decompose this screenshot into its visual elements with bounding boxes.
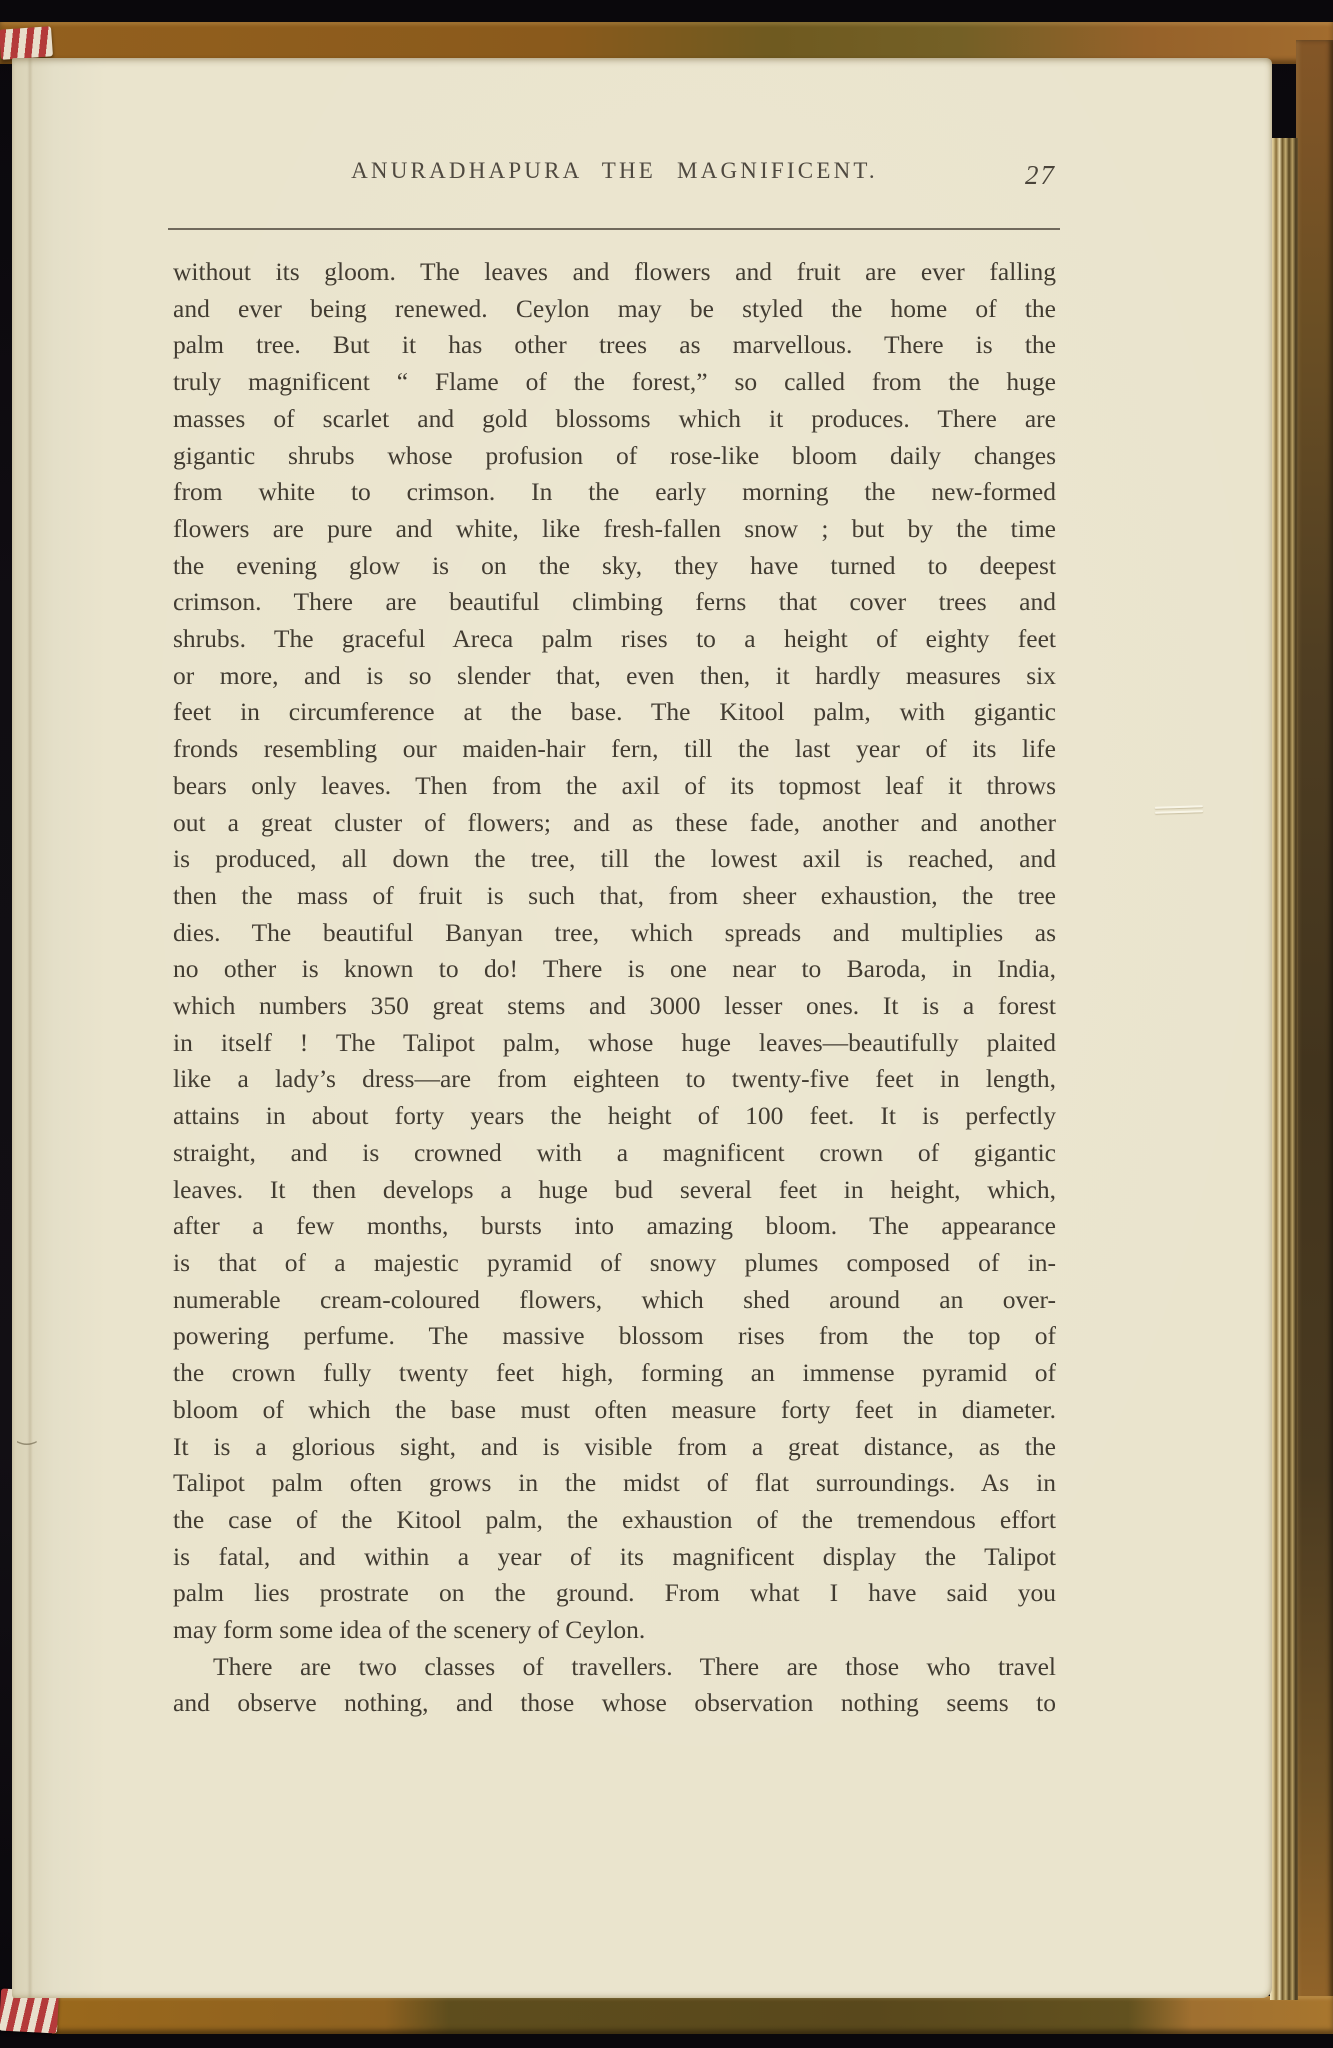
header-rule bbox=[168, 228, 1060, 230]
text-line: feet in circumference at the base. The K… bbox=[173, 694, 1056, 731]
book-photo-scene: ‿ ANURADHAPURA THE MAGNIFICENT. 27 witho… bbox=[0, 0, 1333, 2048]
text-line: There are two classes of travellers. The… bbox=[173, 1649, 1056, 1686]
text-line: then the mass of fruit is such that, fro… bbox=[173, 878, 1056, 915]
text-line: Talipot palm often grows in the midst of… bbox=[173, 1465, 1056, 1502]
text-line: numerable cream-coloured flowers, which … bbox=[173, 1282, 1056, 1319]
text-line: may form some idea of the scenery of Cey… bbox=[173, 1612, 1056, 1649]
text-line: out a great cluster of flowers; and as t… bbox=[173, 805, 1056, 842]
text-line: from white to crimson. In the early morn… bbox=[173, 474, 1056, 511]
margin-mark: ‿ bbox=[18, 1420, 36, 1446]
text-line: no other is known to do! There is one ne… bbox=[173, 951, 1056, 988]
text-line: after a few months, bursts into amazing … bbox=[173, 1208, 1056, 1245]
text-line: like a lady’s dress—are from eighteen to… bbox=[173, 1061, 1056, 1098]
text-line: fronds resembling our maiden-hair fern, … bbox=[173, 731, 1056, 768]
text-line: is fatal, and within a year of its magni… bbox=[173, 1539, 1056, 1576]
text-line: is that of a majestic pyramid of snowy p… bbox=[173, 1245, 1056, 1282]
text-line: bloom of which the base must often measu… bbox=[173, 1392, 1056, 1429]
text-line: the crown fully twenty feet high, formin… bbox=[173, 1355, 1056, 1392]
text-line: and ever being renewed. Ceylon may be st… bbox=[173, 291, 1056, 328]
text-line: the evening glow is on the sky, they hav… bbox=[173, 548, 1056, 585]
text-line: or more, and is so slender that, even th… bbox=[173, 658, 1056, 695]
text-line: gigantic shrubs whose profusion of rose-… bbox=[173, 438, 1056, 475]
text-line: dies. The beautiful Banyan tree, which s… bbox=[173, 915, 1056, 952]
text-line: It is a glorious sight, and is visible f… bbox=[173, 1429, 1056, 1466]
text-line: crimson. There are beautiful climbing fe… bbox=[173, 584, 1056, 621]
book-cover-right-edge bbox=[1296, 40, 1333, 2030]
fore-edge-page-stack bbox=[1270, 138, 1298, 2000]
text-line: powering perfume. The massive blossom ri… bbox=[173, 1318, 1056, 1355]
gutter-crease bbox=[29, 58, 31, 1998]
emboss-mark bbox=[1155, 805, 1203, 817]
book-cover-bottom-edge bbox=[52, 1996, 1333, 2034]
text-line: without its gloom. The leaves and flower… bbox=[173, 254, 1056, 291]
text-line: truly magnificent “ Flame of the forest,… bbox=[173, 364, 1056, 401]
text-line: masses of scarlet and gold blossoms whic… bbox=[173, 401, 1056, 438]
headband-top bbox=[0, 26, 53, 60]
text-line: attains in about forty years the height … bbox=[173, 1098, 1056, 1135]
body-text: without its gloom. The leaves and flower… bbox=[173, 254, 1056, 1722]
text-line: leaves. It then develops a huge bud seve… bbox=[173, 1172, 1056, 1209]
text-line: is produced, all down the tree, till the… bbox=[173, 841, 1056, 878]
text-line: shrubs. The graceful Areca palm rises to… bbox=[173, 621, 1056, 658]
text-line: in itself ! The Talipot palm, whose huge… bbox=[173, 1025, 1056, 1062]
text-line: straight, and is crowned with a magnific… bbox=[173, 1135, 1056, 1172]
text-line: and observe nothing, and those whose obs… bbox=[173, 1685, 1056, 1722]
text-line: bears only leaves. Then from the axil of… bbox=[173, 768, 1056, 805]
text-line: the case of the Kitool palm, the exhaust… bbox=[173, 1502, 1056, 1539]
text-line: which numbers 350 great stems and 3000 l… bbox=[173, 988, 1056, 1025]
page-number: 27 bbox=[173, 160, 1056, 191]
text-line: flowers are pure and white, like fresh-f… bbox=[173, 511, 1056, 548]
text-line: palm tree. But it has other trees as mar… bbox=[173, 327, 1056, 364]
text-line: palm lies prostrate on the ground. From … bbox=[173, 1575, 1056, 1612]
